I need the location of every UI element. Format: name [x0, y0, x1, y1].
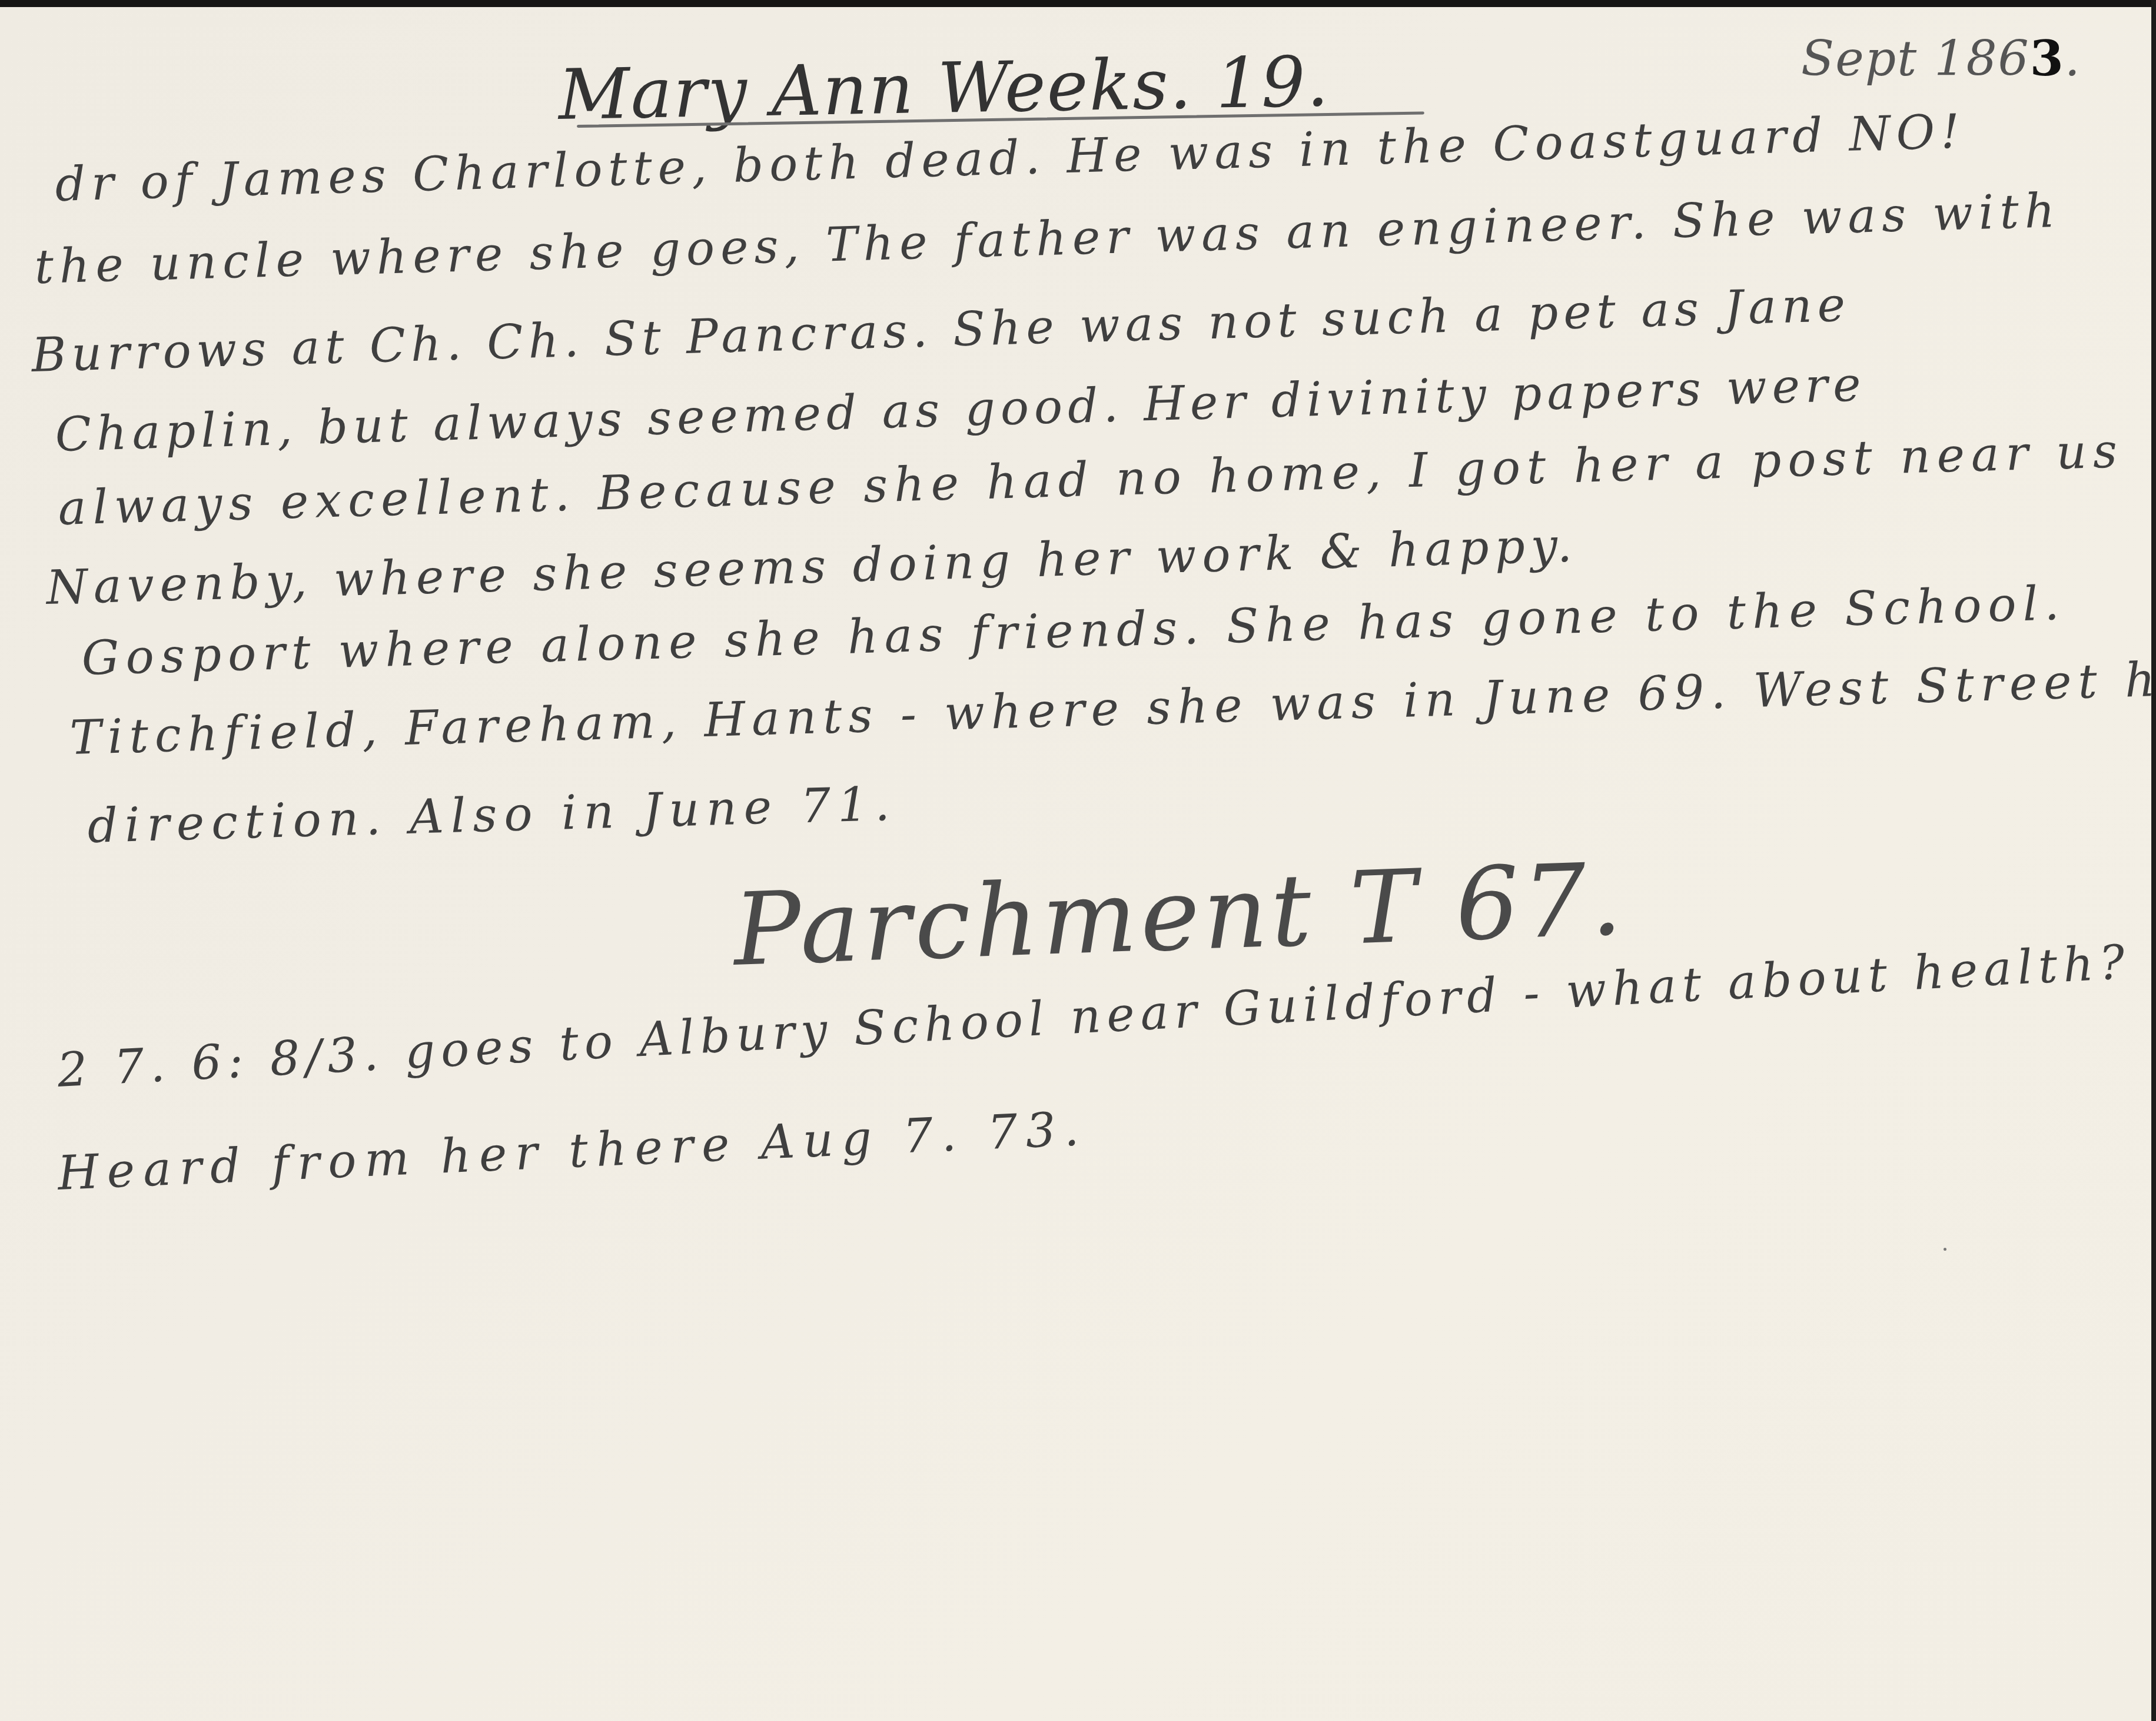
date-suffix: .: [2065, 31, 2081, 87]
paper-speck: [1944, 1248, 1946, 1251]
certificate-note: Parchment T 67.: [732, 841, 1627, 989]
scan-frame-right: [2151, 0, 2156, 1721]
record-date: Sept 1863.: [1801, 31, 2081, 87]
body-line: direction. Also in June 71.: [87, 776, 897, 853]
date-text: Sept 186: [1801, 31, 2030, 87]
date-overwritten-digit: 3: [2030, 31, 2065, 87]
record-card: Mary Ann Weeks. 19. Sept 1863. dr of Jam…: [0, 7, 2151, 1721]
later-note-line: Heard from her there Aug 7. 73.: [57, 1101, 1088, 1201]
